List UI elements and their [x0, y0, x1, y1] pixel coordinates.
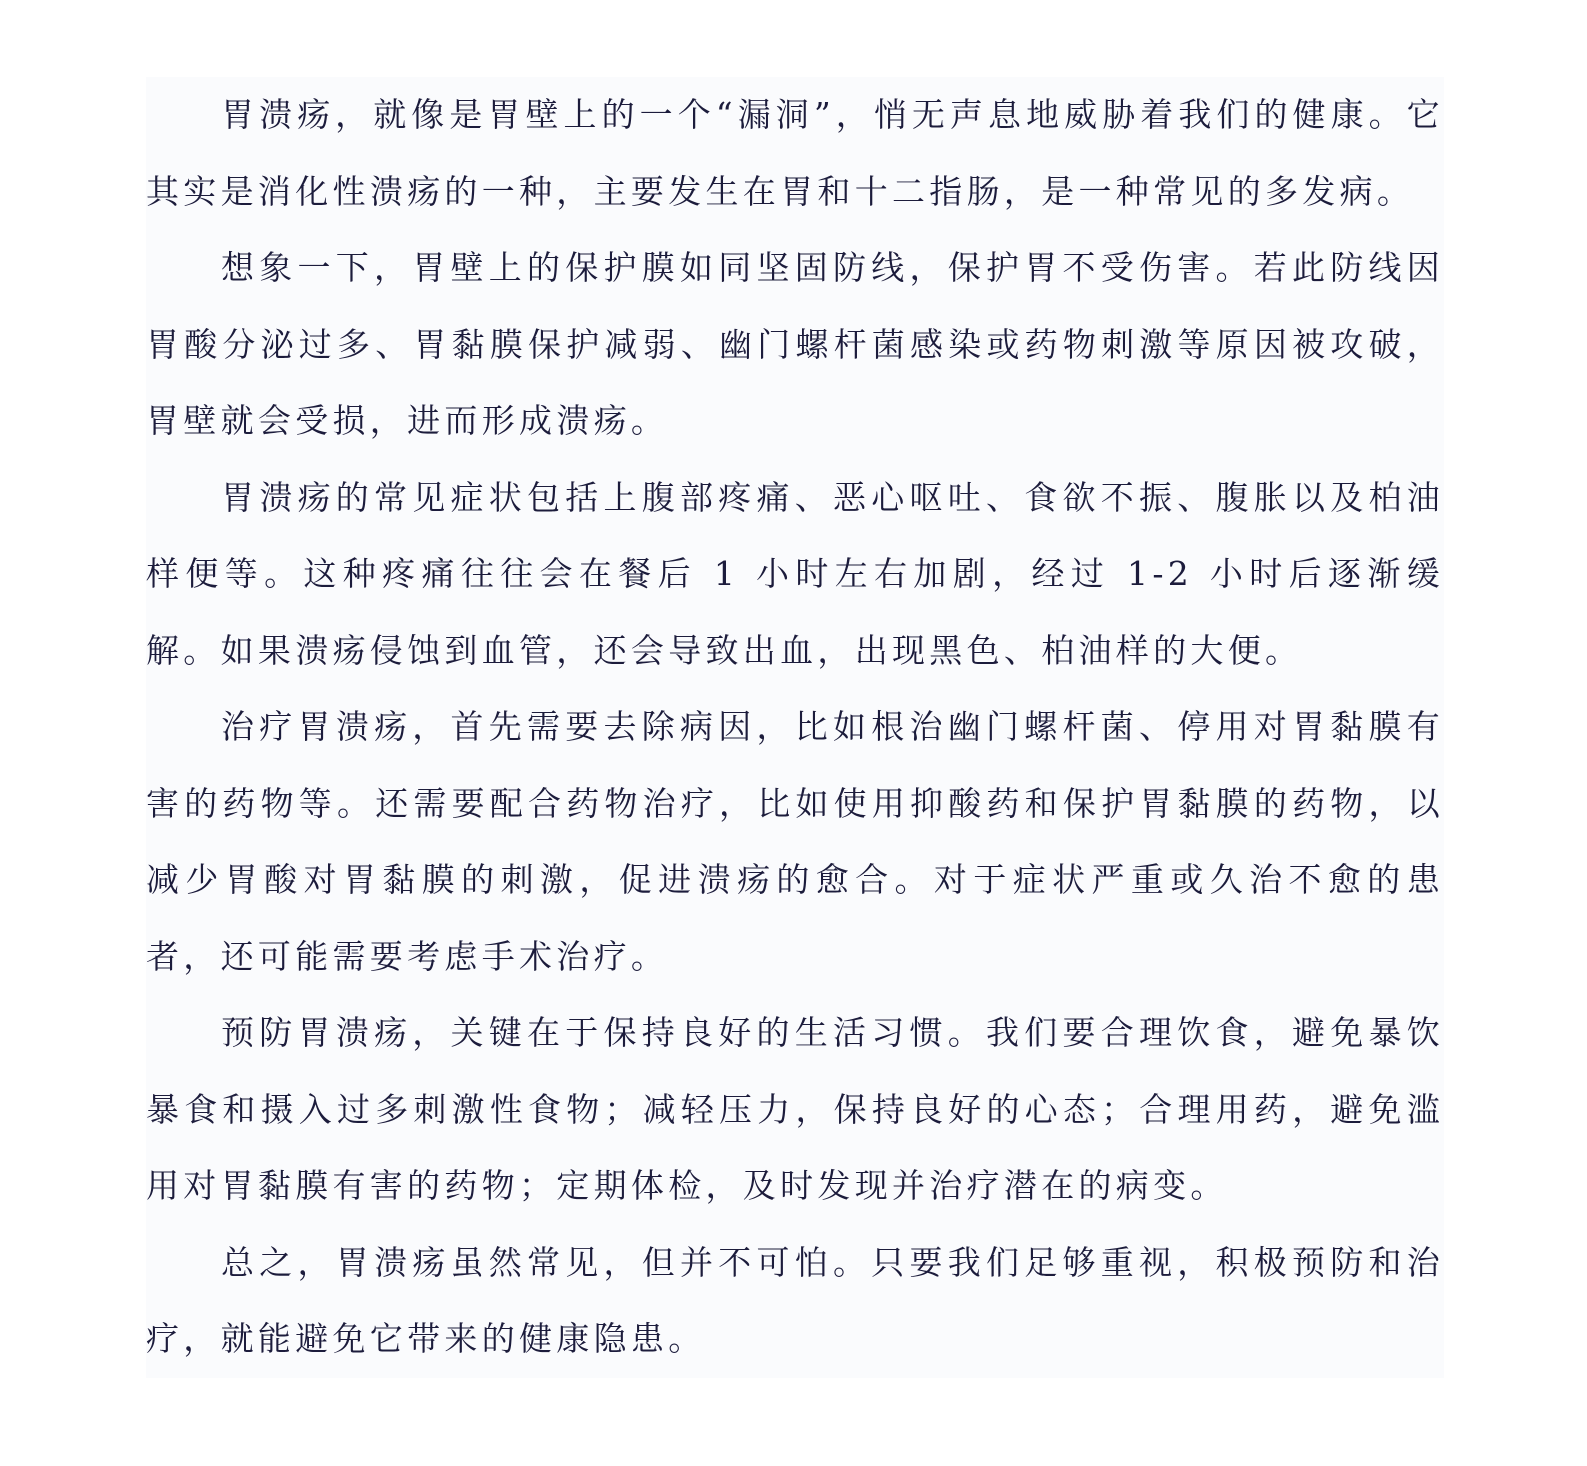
- paragraph-intro: 胃溃疡，就像是胃壁上的一个“漏洞”，悄无声息地威胁着我们的健康。它其实是消化性溃…: [146, 77, 1444, 230]
- paragraph-symptoms: 胃溃疡的常见症状包括上腹部疼痛、恶心呕吐、食欲不振、腹胀以及柏油样便等。这种疼痛…: [146, 460, 1444, 690]
- paragraph-conclusion: 总之，胃溃疡虽然常见，但并不可怕。只要我们足够重视，积极预防和治疗，就能避免它带…: [146, 1225, 1444, 1378]
- paragraph-cause: 想象一下，胃壁上的保护膜如同坚固防线，保护胃不受伤害。若此防线因胃酸分泌过多、胃…: [146, 230, 1444, 460]
- document-page: 胃溃疡，就像是胃壁上的一个“漏洞”，悄无声息地威胁着我们的健康。它其实是消化性溃…: [146, 77, 1444, 1378]
- paragraph-treatment: 治疗胃溃疡，首先需要去除病因，比如根治幽门螺杆菌、停用对胃黏膜有害的药物等。还需…: [146, 689, 1444, 995]
- paragraph-prevention: 预防胃溃疡，关键在于保持良好的生活习惯。我们要合理饮食，避免暴饮暴食和摄入过多刺…: [146, 995, 1444, 1225]
